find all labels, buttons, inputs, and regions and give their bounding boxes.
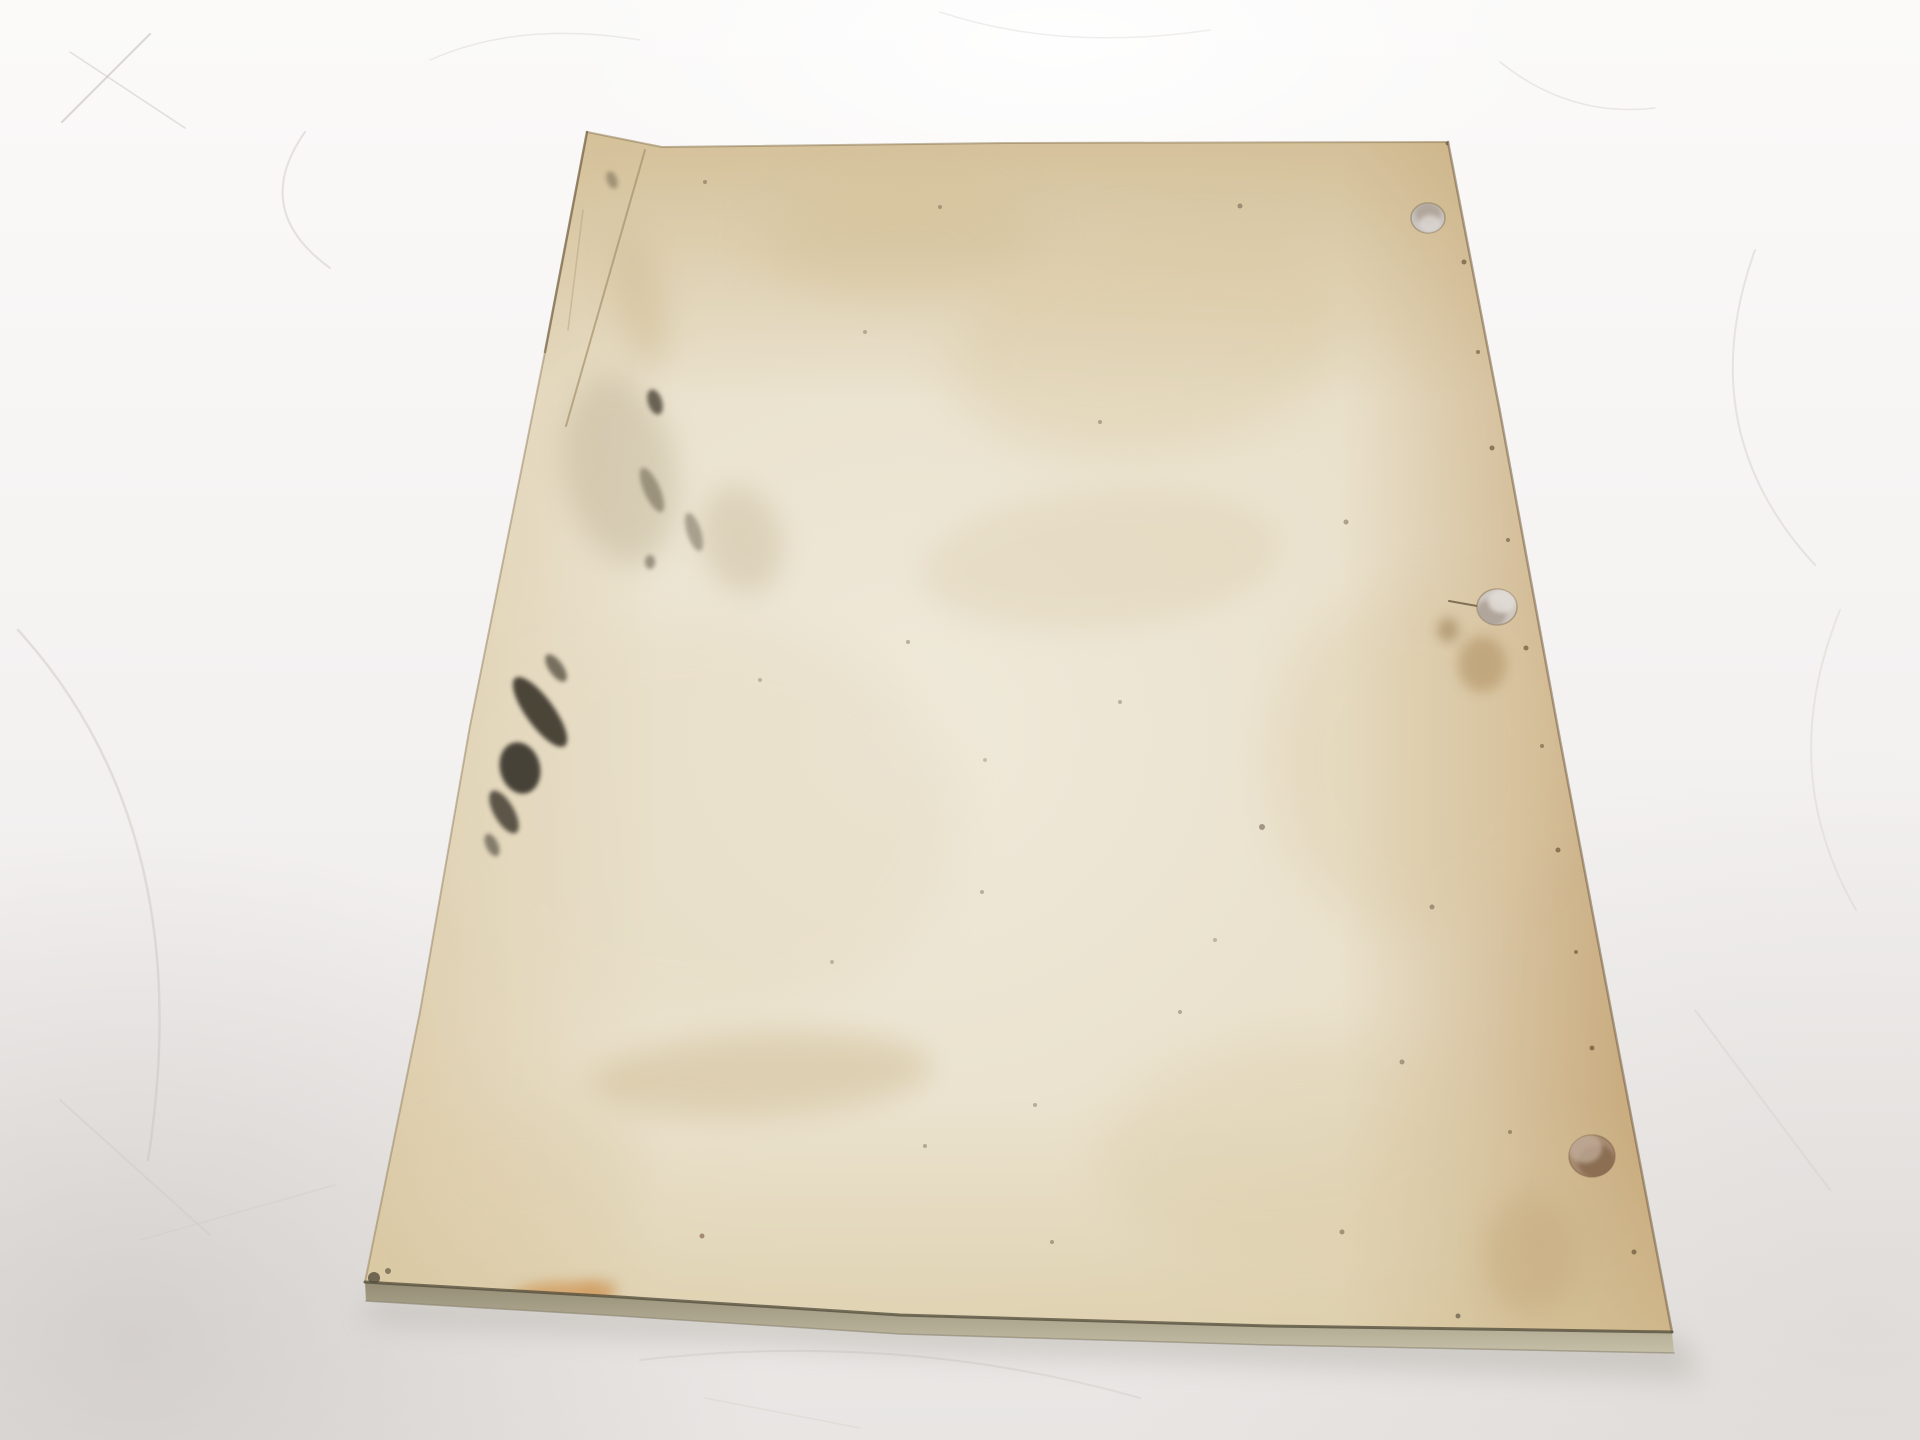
speckle [1213, 938, 1217, 942]
stain [1484, 1195, 1576, 1315]
speckle [1050, 1240, 1054, 1244]
surface-scratch [1811, 610, 1856, 910]
speckle [1540, 744, 1544, 748]
surface-scratch [62, 34, 150, 122]
punch-hole [1411, 202, 1445, 233]
surface-scratch [60, 1100, 210, 1235]
speckle [1524, 646, 1529, 651]
speckle [1462, 260, 1467, 265]
surface-scratch [283, 132, 330, 268]
speckle [980, 890, 984, 894]
speckle [1238, 204, 1243, 209]
speckle [983, 758, 987, 762]
surface-scratch [705, 1398, 860, 1428]
surface-scratch [430, 33, 640, 60]
stain [645, 555, 655, 569]
speckle [1033, 1103, 1037, 1107]
speckle [1632, 1250, 1637, 1255]
speckle [830, 960, 834, 964]
speckle [1344, 520, 1349, 525]
speckle [1430, 905, 1435, 910]
speckle [1456, 1314, 1461, 1319]
speckle [1183, 134, 1187, 138]
speckle [1476, 350, 1480, 354]
hole-highlight [1419, 215, 1441, 233]
speckle [758, 678, 762, 682]
surface-scratch [640, 1351, 1140, 1398]
speckle [1400, 1060, 1405, 1065]
surface-scratch [1695, 1010, 1830, 1190]
stain [400, 1090, 640, 1270]
speckle [1118, 700, 1122, 704]
speckle [1098, 420, 1102, 424]
booklet-cover [350, 115, 1690, 1360]
speckle [1590, 1046, 1595, 1051]
surface-scratch [1733, 250, 1815, 565]
speckle [918, 131, 922, 135]
speckle [938, 205, 942, 209]
surface-scratch [18, 630, 160, 1160]
stain [1270, 590, 1570, 930]
surface-scratch [70, 52, 185, 128]
booklet-photo [0, 0, 1920, 1440]
speckle [923, 1144, 927, 1148]
stain [1458, 636, 1506, 692]
speckle [1506, 538, 1510, 542]
photo-scene [0, 0, 1920, 1440]
surface-scratch [940, 12, 1210, 38]
speckle [1178, 1010, 1182, 1014]
speckle [863, 330, 867, 334]
surface-scratch [140, 1185, 335, 1240]
speckle [1508, 1130, 1512, 1134]
speckle [700, 1234, 705, 1239]
speckle [385, 1268, 391, 1274]
speckle [1556, 848, 1561, 853]
speckle [1340, 1230, 1345, 1235]
speckle [906, 640, 910, 644]
stain [1438, 618, 1458, 642]
surface-scratch [1500, 62, 1655, 110]
speckle [1259, 824, 1265, 830]
speckle [703, 180, 707, 184]
cover-face [350, 115, 1690, 1360]
speckle [1490, 446, 1495, 451]
speckle [1574, 950, 1578, 954]
